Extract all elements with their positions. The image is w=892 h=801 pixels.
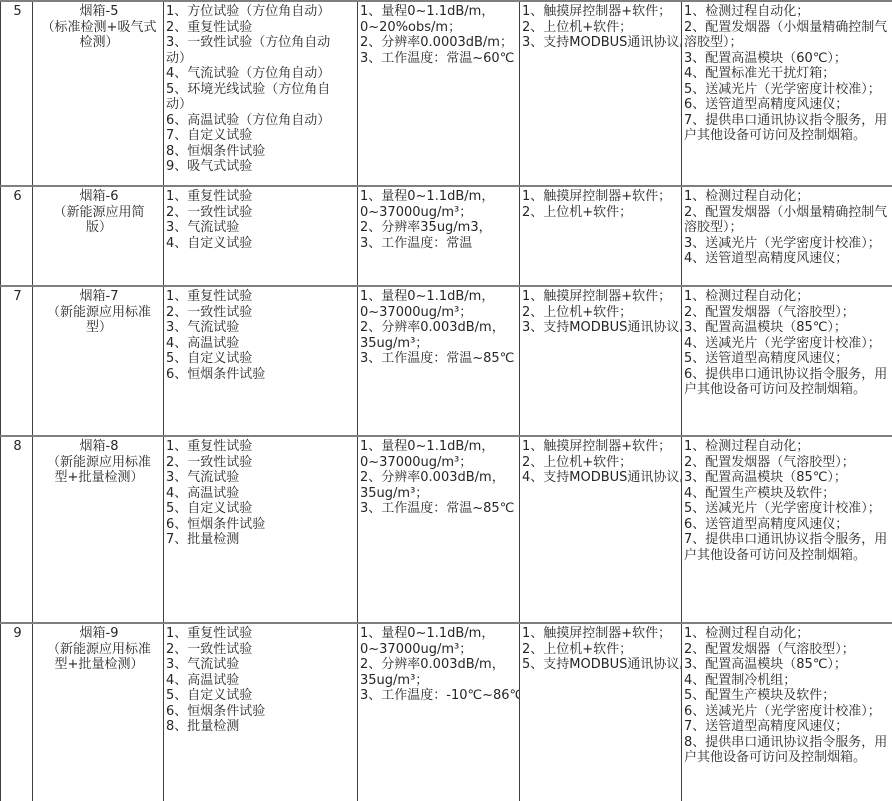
- test-items-cell: 1、重复性试验 2、一致性试验 3、气流试验 4、高温试验 5、自定义试验 6、…: [164, 286, 358, 436]
- spec-cell: 1、量程0~1.1dB/m， 0~20%obs/m； 2、分辨率0.0003dB…: [358, 1, 520, 186]
- controller-cell: 1、触摸屏控制器+软件； 2、上位机+软件； 5、支持MODBUS通讯协议。: [520, 623, 682, 801]
- spec-cell: 1、量程0~1.1dB/m， 0~37000ug/m³； 2、分辨率0.003d…: [358, 436, 520, 623]
- table-row: 7 烟箱-7 （新能源应用标准 型） 1、重复性试验 2、一致性试验 3、气流试…: [1, 286, 892, 436]
- spec-cell: 1、量程0~1.1dB/m， 0~37000ug/m³； 2、分辨率0.003d…: [358, 286, 520, 436]
- controller-cell: 1、触摸屏控制器+软件； 2、上位机+软件； 3、支持MODBUS通讯协议。: [520, 1, 682, 186]
- product-name-cell: 烟箱-6 （新能源应用简 版）: [33, 186, 164, 286]
- test-items-cell: 1、方位试验（方位角自动） 2、重复性试验 3、一致性试验（方位角自动 动） 4…: [164, 1, 358, 186]
- features-cell: 1、检测过程自动化； 2、配置发烟器（气溶胶型）； 3、配置高温模块（85℃）；…: [682, 436, 892, 623]
- controller-cell: 1、触摸屏控制器+软件； 2、上位机+软件；: [520, 186, 682, 286]
- features-cell: 1、检测过程自动化； 2、配置发烟器（小烟量精确控制气 溶胶型）； 3、送减光片…: [682, 186, 892, 286]
- row-number-cell: 6: [1, 186, 33, 286]
- test-items-cell: 1、重复性试验 2、一致性试验 3、气流试验 4、自定义试验: [164, 186, 358, 286]
- row-number-cell: 5: [1, 1, 33, 186]
- spec-cell: 1、量程0~1.1dB/m， 0~37000ug/m³； 2、分辨率0.003d…: [358, 623, 520, 801]
- table-row: 5 烟箱-5 （标准检测+吸气式 检测） 1、方位试验（方位角自动） 2、重复性…: [1, 1, 892, 186]
- product-name-cell: 烟箱-5 （标准检测+吸气式 检测）: [33, 1, 164, 186]
- table-row: 8 烟箱-8 （新能源应用标准 型+批量检测） 1、重复性试验 2、一致性试验 …: [1, 436, 892, 623]
- features-cell: 1、检测过程自动化； 2、配置发烟器（气溶胶型）； 3、配置高温模块（85℃）；…: [682, 286, 892, 436]
- product-name-cell: 烟箱-8 （新能源应用标准 型+批量检测）: [33, 436, 164, 623]
- spec-cell: 1、量程0~1.1dB/m， 0~37000ug/m³； 2、分辨率35ug/m…: [358, 186, 520, 286]
- table-row: 6 烟箱-6 （新能源应用简 版） 1、重复性试验 2、一致性试验 3、气流试验…: [1, 186, 892, 286]
- product-name-cell: 烟箱-7 （新能源应用标准 型）: [33, 286, 164, 436]
- table-row: 9 烟箱-9 （新能源应用标准 型+批量检测） 1、重复性试验 2、一致性试验 …: [1, 623, 892, 801]
- test-items-cell: 1、重复性试验 2、一致性试验 3、气流试验 4、高温试验 5、自定义试验 6、…: [164, 623, 358, 801]
- controller-cell: 1、触摸屏控制器+软件； 2、上位机+软件； 4、支持MODBUS通讯协议。: [520, 436, 682, 623]
- row-number-cell: 9: [1, 623, 33, 801]
- product-name-cell: 烟箱-9 （新能源应用标准 型+批量检测）: [33, 623, 164, 801]
- row-number-cell: 8: [1, 436, 33, 623]
- features-cell: 1、检测过程自动化； 2、配置发烟器（小烟量精确控制气 溶胶型）； 3、配置高温…: [682, 1, 892, 186]
- test-items-cell: 1、重复性试验 2、一致性试验 3、气流试验 4、高温试验 5、自定义试验 6、…: [164, 436, 358, 623]
- features-cell: 1、检测过程自动化； 2、配置发烟器（气溶胶型）； 3、配置高温模块（85℃）；…: [682, 623, 892, 801]
- controller-cell: 1、触摸屏控制器+软件； 2、上位机+软件； 3、支持MODBUS通讯协议。: [520, 286, 682, 436]
- product-spec-table: 5 烟箱-5 （标准检测+吸气式 检测） 1、方位试验（方位角自动） 2、重复性…: [0, 0, 892, 801]
- row-number-cell: 7: [1, 286, 33, 436]
